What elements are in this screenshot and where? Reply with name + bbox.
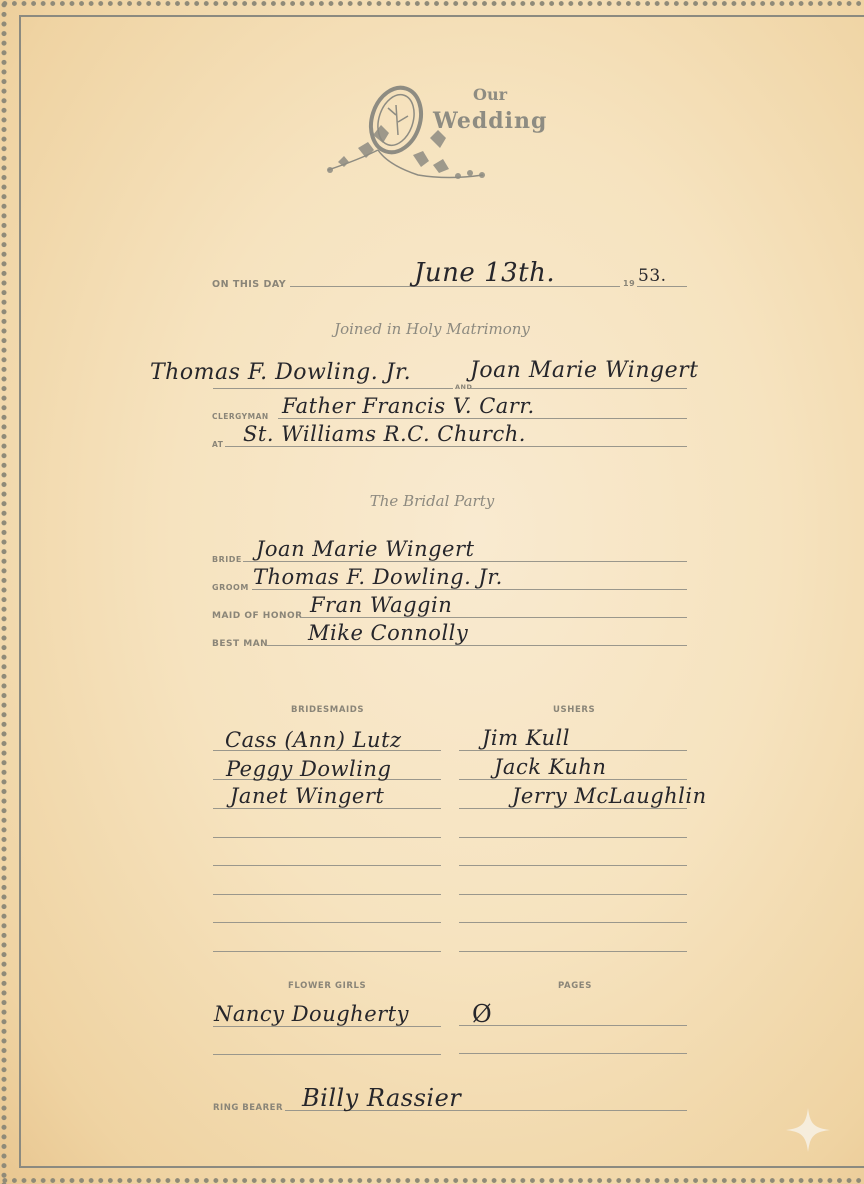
bridesmaid-entry[interactable]: Peggy Dowling [226,757,391,781]
bridal-party-heading: The Bridal Party [0,492,864,510]
bride-name-line [470,388,687,389]
flower-girl-entry[interactable]: Nancy Dougherty [214,1002,409,1026]
bridesmaid-line [213,865,441,866]
pages-header: PAGES [558,981,592,991]
best-man-field[interactable]: Mike Connolly [308,621,468,645]
flower-girl-line [213,1054,441,1055]
usher-entry[interactable]: Jim Kull [482,726,570,750]
groom-name-field[interactable]: Thomas F. Dowling. Jr. [150,360,411,385]
emblem-title-our: Our [473,85,507,104]
location-field[interactable]: St. Williams R.C. Church. [243,422,526,446]
year-line [637,286,687,287]
bride-name-field[interactable]: Joan Marie Wingert [470,358,698,383]
sparkle-icon [784,1106,832,1154]
top-dotted-border [0,0,864,7]
and-label: AND [455,383,472,391]
on-this-day-label: ON THIS DAY [212,279,286,290]
wedding-emblem: Our Wedding [318,80,558,195]
usher-entry[interactable]: Jerry McLaughlin [512,784,707,808]
maid-of-honor-field[interactable]: Fran Waggin [310,593,452,617]
usher-entry[interactable]: Jack Kuhn [494,755,606,779]
bride-line [243,561,687,562]
emblem-title-wedding: Wedding [433,108,547,134]
usher-line [459,865,687,866]
groom-name-line [213,388,453,389]
groom-label: GROOM [212,583,249,592]
usher-line [459,837,687,838]
wedding-certificate-page: Our Wedding ON THIS DAY June 13th. 19 53… [0,0,864,1184]
bridesmaid-line [213,837,441,838]
usher-line [459,750,687,751]
bridesmaid-line [213,951,441,952]
page-entry[interactable]: Ø [472,1000,492,1028]
flower-girl-line [213,1026,441,1027]
maid-of-honor-line [300,617,687,618]
usher-line [459,922,687,923]
usher-line [459,951,687,952]
bottom-dotted-border [0,1177,864,1184]
date-field[interactable]: June 13th. [414,258,555,288]
best-man-line [267,645,687,646]
bridesmaid-entry[interactable]: Janet Wingert [230,784,384,808]
bride-label: BRIDE [212,555,242,564]
usher-line [459,894,687,895]
ring-bearer-label: RING BEARER [213,1103,283,1113]
bridesmaid-line [213,922,441,923]
year-field[interactable]: 53. [638,266,667,286]
usher-line [459,808,687,809]
groom-field[interactable]: Thomas F. Dowling. Jr. [253,565,503,589]
usher-line [459,779,687,780]
best-man-label: BEST MAN [212,639,268,649]
left-dotted-border [0,0,8,1184]
at-label: AT [212,440,223,449]
bridesmaid-line [213,894,441,895]
bridesmaids-header: BRIDESMAIDS [291,705,364,715]
bridesmaid-entry[interactable]: Cass (Ann) Lutz [225,728,402,752]
wreath-ivy-icon [318,80,558,195]
groom-line [252,589,687,590]
clergyman-field[interactable]: Father Francis V. Carr. [282,394,535,418]
clergyman-label: CLERGYMAN [212,412,269,421]
clergyman-line [278,418,687,419]
bride-field[interactable]: Joan Marie Wingert [256,537,474,561]
ring-bearer-field[interactable]: Billy Rassier [302,1084,461,1112]
page-line [459,1053,687,1054]
ushers-header: USHERS [553,705,595,715]
year-prefix-label: 19 [623,279,635,288]
maid-of-honor-label: MAID OF HONOR [212,611,303,621]
joined-heading: Joined in Holy Matrimony [0,320,864,338]
page-line [459,1025,687,1026]
bridesmaid-line [213,808,441,809]
location-line [225,446,687,447]
flower-girls-header: FLOWER GIRLS [288,981,366,991]
